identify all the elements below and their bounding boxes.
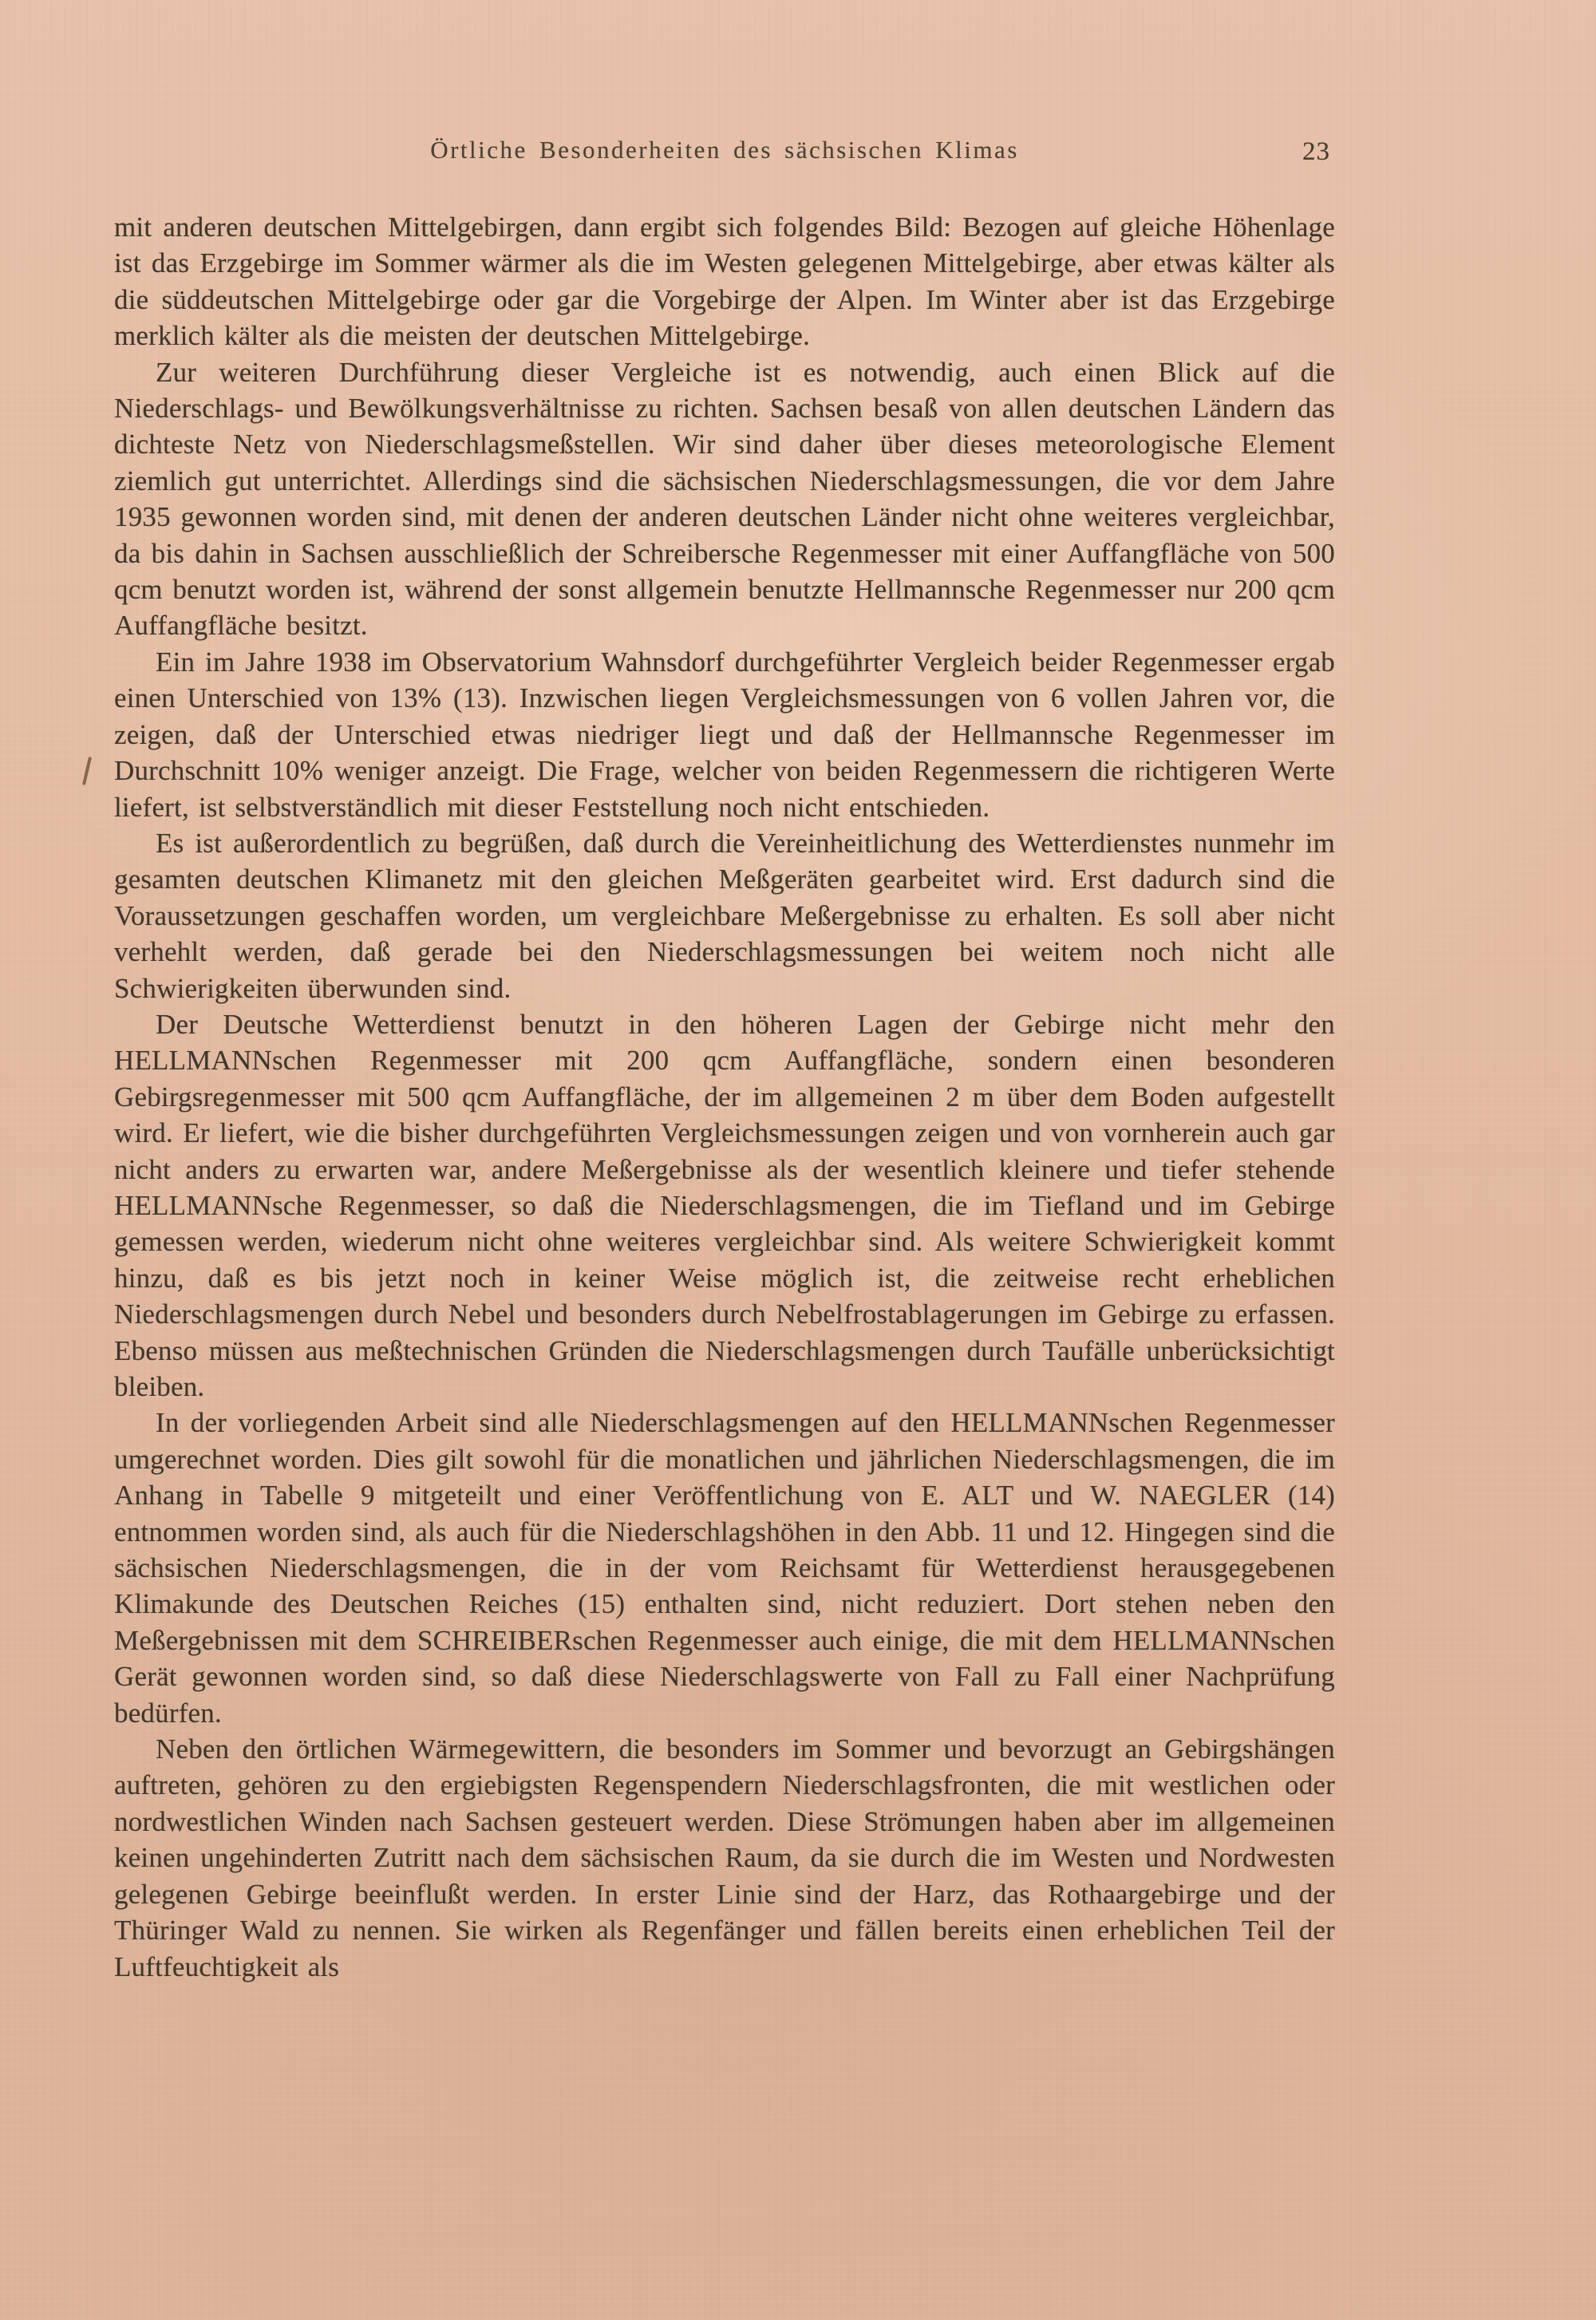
book-page: Örtliche Besonderheiten des sächsischen …: [0, 0, 1596, 2320]
paragraph-3: Ein im Jahre 1938 im Observatorium Wahns…: [114, 644, 1335, 825]
paragraph-5: Der Deutsche Wetterdienst benutzt in den…: [114, 1006, 1335, 1405]
page-number: 23: [1302, 137, 1330, 167]
page-header: Örtliche Besonderheiten des sächsischen …: [114, 136, 1335, 172]
running-header: Örtliche Besonderheiten des sächsischen …: [114, 136, 1335, 164]
paragraph-4: Es ist außerordentlich zu begrüßen, daß …: [114, 825, 1335, 1006]
paragraph-7: Neben den örtlichen Wärmegewittern, die …: [114, 1731, 1335, 1985]
page-content: Örtliche Besonderheiten des sächsischen …: [114, 136, 1335, 1985]
paragraph-2: Zur weiteren Durchführung dieser Verglei…: [114, 354, 1335, 644]
paragraph-1: mit anderen deutschen Mittelgebirgen, da…: [114, 209, 1335, 354]
margin-pen-mark: [82, 757, 92, 785]
paragraph-6: In der vorliegenden Arbeit sind alle Nie…: [114, 1405, 1335, 1731]
body-text: mit anderen deutschen Mittelgebirgen, da…: [114, 209, 1335, 1985]
